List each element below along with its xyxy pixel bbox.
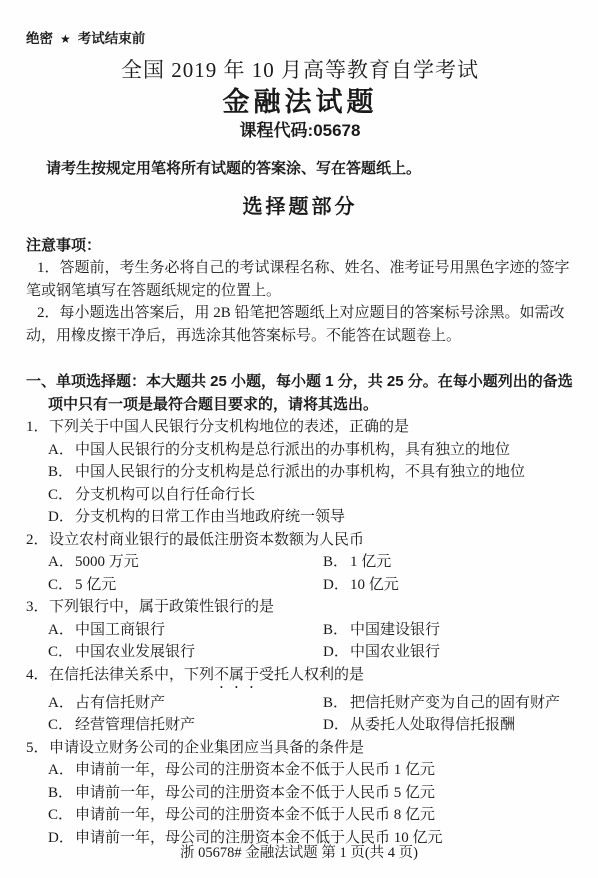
option-text: 10 亿元 bbox=[350, 577, 399, 593]
paper-title: 金融法试题 bbox=[26, 84, 574, 120]
section-title: 选择题部分 bbox=[26, 192, 574, 222]
option-label: B． bbox=[323, 551, 350, 574]
option-b: B．中国建设银行 bbox=[323, 619, 574, 642]
question-3: 3．下列银行中，属于政策性银行的是 A．中国工商银行 B．中国建设银行 C．中国… bbox=[26, 596, 574, 664]
option-label: B． bbox=[323, 619, 350, 642]
option-label: A． bbox=[48, 551, 75, 574]
option-c: C．申请前一年，母公司的注册资本金不低于人民币 8 亿元 bbox=[48, 804, 574, 827]
option-c: C．分支机构可以自行任命行长 bbox=[48, 484, 574, 507]
classification-note: 考试结束前 bbox=[78, 31, 146, 46]
option-c: C．经营管理信托财产 bbox=[48, 714, 323, 737]
question-text: 申请设立财务公司的企业集团应当具备的条件是 bbox=[49, 740, 364, 756]
star-icon: ★ bbox=[60, 32, 71, 46]
option-text: 从委托人处取得信托报酬 bbox=[350, 717, 515, 733]
option-label: C． bbox=[48, 484, 75, 507]
question-options: A．5000 万元 B．1 亿元 C．5 亿元 D．10 亿元 bbox=[26, 551, 574, 596]
classification-banner: 绝密★考试结束前 bbox=[26, 30, 574, 48]
option-text: 1 亿元 bbox=[350, 554, 391, 570]
question-options: A．中国人民银行的分支机构是总行派出的办事机构，具有独立的地位 B．中国人民银行… bbox=[26, 439, 574, 529]
option-d: D．分支机构的日常工作由当地政府统一领导 bbox=[48, 506, 574, 529]
option-label: B． bbox=[48, 782, 75, 805]
option-text: 5 亿元 bbox=[75, 577, 116, 593]
question-text: 在信托法律关系中，下列 bbox=[49, 667, 214, 683]
option-text: 占有信托财产 bbox=[75, 695, 165, 711]
option-text: 申请前一年，母公司的注册资本金不低于人民币 1 亿元 bbox=[75, 762, 435, 778]
option-label: A． bbox=[48, 619, 75, 642]
option-a: A．中国人民银行的分支机构是总行派出的办事机构，具有独立的地位 bbox=[48, 439, 574, 462]
option-label: D． bbox=[323, 574, 350, 597]
question-stem: 2．设立农村商业银行的最低注册资本数额为人民币 bbox=[26, 529, 574, 552]
option-text: 中国人民银行的分支机构是总行派出的办事机构，具有独立的地位 bbox=[75, 442, 510, 458]
question-stem: 3．下列银行中，属于政策性银行的是 bbox=[26, 596, 574, 619]
notes-title: 注意事项： bbox=[26, 234, 574, 257]
option-text: 中国工商银行 bbox=[75, 622, 165, 638]
option-text: 分支机构的日常工作由当地政府统一领导 bbox=[75, 509, 345, 525]
option-a: A．中国工商银行 bbox=[48, 619, 323, 642]
option-label: B． bbox=[48, 461, 75, 484]
question-stem: 1．下列关于中国人民银行分支机构地位的表述，正确的是 bbox=[26, 416, 574, 439]
question-stem: 4．在信托法律关系中，下列不属于受托人权利的是 bbox=[26, 664, 574, 692]
option-text: 申请前一年，母公司的注册资本金不低于人民币 5 亿元 bbox=[75, 785, 435, 801]
option-label: A． bbox=[48, 759, 75, 782]
exam-title: 全国 2019 年 10 月高等教育自学考试 bbox=[26, 56, 574, 84]
option-c: C．5 亿元 bbox=[48, 574, 323, 597]
question-number: 5． bbox=[26, 737, 49, 760]
answer-instruction: 请考生按规定用笔将所有试题的答案涂、写在答题纸上。 bbox=[26, 159, 574, 179]
option-d: D．从委托人处取得信托报酬 bbox=[323, 714, 574, 737]
option-label: D． bbox=[48, 506, 75, 529]
option-text: 中国建设银行 bbox=[350, 622, 440, 638]
part-one-header: 一、单项选择题：本大题共 25 小题，每小题 1 分，共 25 分。在每小题列出… bbox=[26, 371, 574, 416]
option-text: 中国人民银行的分支机构是总行派出的办事机构，不具有独立的地位 bbox=[75, 464, 525, 480]
note-item-1: 1．答题前，考生务必将自己的考试课程名称、姓名、准考证号用黑色字迹的签字笔或钢笔… bbox=[26, 257, 574, 302]
classification-level: 绝密 bbox=[26, 31, 53, 46]
option-b: B．把信托财产变为自己的固有财产 bbox=[323, 692, 574, 715]
option-label: B． bbox=[323, 692, 350, 715]
option-label: C． bbox=[48, 714, 75, 737]
option-label: D． bbox=[323, 641, 350, 664]
option-text: 把信托财产变为自己的固有财产 bbox=[350, 695, 560, 711]
option-b: B．中国人民银行的分支机构是总行派出的办事机构，不具有独立的地位 bbox=[48, 461, 574, 484]
question-number: 3． bbox=[26, 596, 49, 619]
option-text: 经营管理信托财产 bbox=[75, 717, 195, 733]
question-options: A．占有信托财产 B．把信托财产变为自己的固有财产 C．经营管理信托财产 D．从… bbox=[26, 692, 574, 737]
option-b: B．申请前一年，母公司的注册资本金不低于人民币 5 亿元 bbox=[48, 782, 574, 805]
option-label: A． bbox=[48, 692, 75, 715]
question-1: 1．下列关于中国人民银行分支机构地位的表述，正确的是 A．中国人民银行的分支机构… bbox=[26, 416, 574, 529]
option-label: C． bbox=[48, 804, 75, 827]
option-d: D．中国农业银行 bbox=[323, 641, 574, 664]
option-label: A． bbox=[48, 439, 75, 462]
page-footer: 浙 05678# 金融法试题 第 1 页(共 4 页) bbox=[0, 844, 598, 862]
question-2: 2．设立农村商业银行的最低注册资本数额为人民币 A．5000 万元 B．1 亿元… bbox=[26, 529, 574, 597]
course-code: 课程代码:05678 bbox=[26, 120, 574, 142]
question-text: 下列关于中国人民银行分支机构地位的表述，正确的是 bbox=[49, 419, 409, 435]
question-text: 受托人权利的是 bbox=[259, 667, 364, 683]
option-label: C． bbox=[48, 641, 75, 664]
option-text: 分支机构可以自行任命行长 bbox=[75, 487, 255, 503]
option-d: D．10 亿元 bbox=[323, 574, 574, 597]
option-label: C． bbox=[48, 574, 75, 597]
option-a: A．占有信托财产 bbox=[48, 692, 323, 715]
exam-paper-page: 绝密★考试结束前 全国 2019 年 10 月高等教育自学考试 金融法试题 课程… bbox=[0, 0, 598, 878]
question-stem: 5．申请设立财务公司的企业集团应当具备的条件是 bbox=[26, 737, 574, 760]
question-text: 下列银行中，属于政策性银行的是 bbox=[49, 599, 274, 615]
question-number: 4． bbox=[26, 664, 49, 687]
option-a: A．5000 万元 bbox=[48, 551, 323, 574]
option-text: 中国农业发展银行 bbox=[75, 644, 195, 660]
option-a: A．申请前一年，母公司的注册资本金不低于人民币 1 亿元 bbox=[48, 759, 574, 782]
option-c: C．中国农业发展银行 bbox=[48, 641, 323, 664]
option-b: B．1 亿元 bbox=[323, 551, 574, 574]
question-options: A．申请前一年，母公司的注册资本金不低于人民币 1 亿元 B．申请前一年，母公司… bbox=[26, 759, 574, 849]
option-label: D． bbox=[323, 714, 350, 737]
option-text: 申请前一年，母公司的注册资本金不低于人民币 8 亿元 bbox=[75, 807, 435, 823]
option-text: 中国农业银行 bbox=[350, 644, 440, 660]
question-text-emphasis: 不属于 bbox=[214, 667, 259, 683]
question-number: 2． bbox=[26, 529, 49, 552]
question-4: 4．在信托法律关系中，下列不属于受托人权利的是 A．占有信托财产 B．把信托财产… bbox=[26, 664, 574, 737]
question-text: 设立农村商业银行的最低注册资本数额为人民币 bbox=[49, 532, 364, 548]
option-text: 5000 万元 bbox=[75, 554, 139, 570]
question-number: 1． bbox=[26, 416, 49, 439]
question-options: A．中国工商银行 B．中国建设银行 C．中国农业发展银行 D．中国农业银行 bbox=[26, 619, 574, 664]
question-5: 5．申请设立财务公司的企业集团应当具备的条件是 A．申请前一年，母公司的注册资本… bbox=[26, 737, 574, 850]
note-item-2: 2．每小题选出答案后，用 2B 铅笔把答题纸上对应题目的答案标号涂黑。如需改动，… bbox=[26, 302, 574, 347]
